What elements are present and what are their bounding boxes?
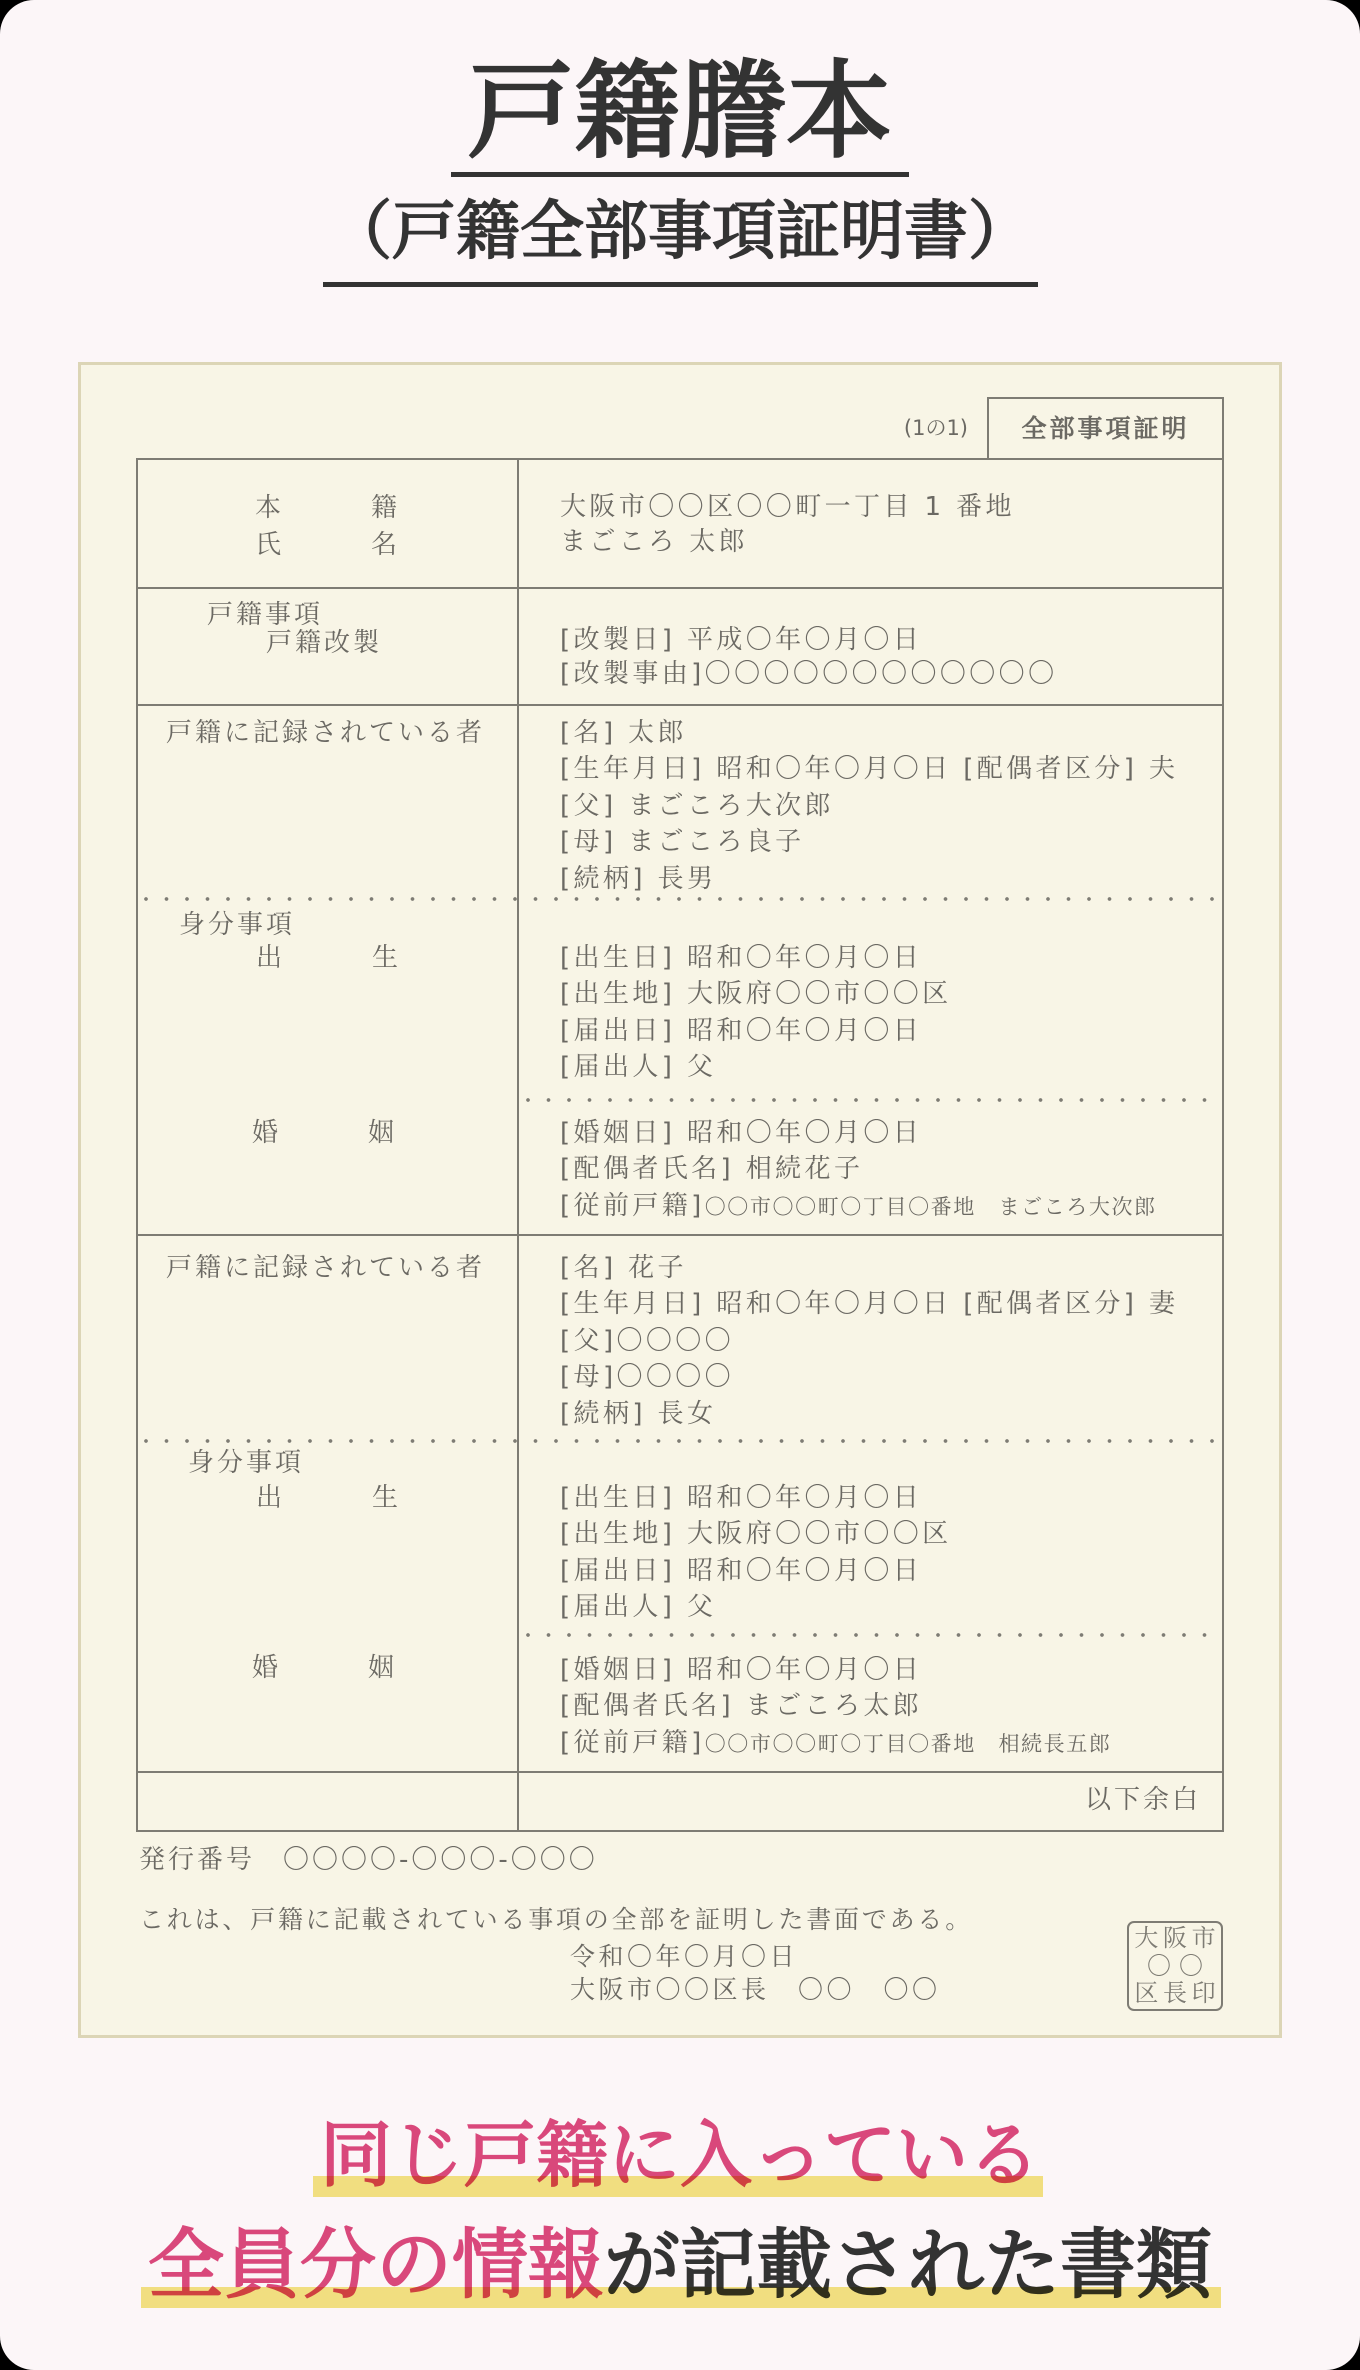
row-divider	[136, 587, 1224, 589]
person-given-name: [名] 花子	[560, 1250, 1178, 1287]
subtitle-underline	[323, 282, 1038, 287]
seal-char: 〇	[1179, 1953, 1203, 1980]
label-registered-person: 戸籍に記録されている者	[166, 1250, 485, 1286]
page-subtitle: （戸籍全部事項証明書）	[0, 197, 1360, 267]
certificate-type-box: 全部事項証明	[987, 397, 1224, 460]
person-mother: [母]〇〇〇〇	[560, 1359, 1178, 1396]
seal-char: 長	[1163, 1980, 1187, 2007]
dotted-divider	[144, 897, 1218, 901]
person-birthdate: [生年月日] 昭和〇年〇月〇日 [配偶者区分] 夫	[560, 751, 1178, 788]
highlight-marker	[141, 2287, 1221, 2308]
row-divider	[136, 1234, 1224, 1236]
row-divider	[136, 1771, 1224, 1773]
person-mother: [母] まごころ良子	[560, 824, 1178, 861]
person-relationship: [続柄] 長男	[560, 861, 1178, 898]
dotted-divider	[144, 1439, 1218, 1443]
person-details: [名] 太郎 [生年月日] 昭和〇年〇月〇日 [配偶者区分] 夫 [父] まごこ…	[560, 715, 1178, 898]
marriage-date: [婚姻日] 昭和〇年〇月〇日	[560, 1652, 1112, 1689]
seal-char: 印	[1192, 1980, 1216, 2007]
revision-date: [改製日] 平成〇年〇月〇日	[560, 623, 1058, 657]
notification-date: [届出日] 昭和〇年〇月〇日	[560, 1553, 952, 1590]
issue-number: 発行番号〇〇〇〇-〇〇〇-〇〇〇	[139, 1842, 598, 1878]
seal-char: 区	[1134, 1980, 1158, 2007]
dotted-divider	[526, 1098, 1220, 1102]
previous-register: [従前戸籍]〇〇市〇〇町〇丁目〇番地 相続長五郎	[560, 1725, 1112, 1763]
previous-register-label: [従前戸籍]	[560, 1191, 705, 1221]
birth-date: [出生日] 昭和〇年〇月〇日	[560, 1480, 952, 1517]
label-marriage: 婚姻	[252, 1650, 484, 1686]
notification-date: [届出日] 昭和〇年〇月〇日	[560, 1013, 952, 1050]
label-registered-person: 戸籍に記録されている者	[166, 715, 485, 751]
revision-reason: [改製事由]〇〇〇〇〇〇〇〇〇〇〇〇	[560, 657, 1058, 691]
notifier: [届出人] 父	[560, 1589, 952, 1626]
previous-register-value: 〇〇市〇〇町〇丁目〇番地 まごころ大次郎	[705, 1195, 1157, 1219]
page-title: 戸籍謄本	[0, 56, 1360, 168]
row-divider	[136, 704, 1224, 706]
spouse-name: [配偶者氏名] まごころ太郎	[560, 1688, 1112, 1725]
issue-number-value: 〇〇〇〇-〇〇〇-〇〇〇	[283, 1845, 598, 1875]
birth-details: [出生日] 昭和〇年〇月〇日 [出生地] 大阪府〇〇市〇〇区 [届出日] 昭和〇…	[560, 1480, 952, 1626]
domicile-address: 大阪市〇〇区〇〇町一丁目 1 番地	[560, 490, 1015, 525]
seal-row: 〇 〇	[1132, 1953, 1218, 1980]
column-divider	[517, 458, 519, 1832]
official-seal-icon: 大 阪 市 〇 〇 区 長 印	[1127, 1921, 1223, 2011]
previous-register-value: 〇〇市〇〇町〇丁目〇番地 相続長五郎	[705, 1732, 1112, 1756]
marriage-date: [婚姻日] 昭和〇年〇月〇日	[560, 1115, 1157, 1152]
label-status-matters: 身分事項	[179, 907, 295, 943]
birth-date: [出生日] 昭和〇年〇月〇日	[560, 940, 952, 977]
seal-row: 大 阪 市	[1132, 1925, 1218, 1952]
dotted-divider	[526, 1633, 1220, 1637]
spouse-name: [配偶者氏名] 相続花子	[560, 1151, 1157, 1188]
label-status-matters: 身分事項	[188, 1445, 304, 1481]
seal-char: 〇	[1147, 1953, 1171, 1980]
birth-place: [出生地] 大阪府〇〇市〇〇区	[560, 1516, 952, 1553]
previous-register: [従前戸籍]〇〇市〇〇町〇丁目〇番地 まごころ大次郎	[560, 1188, 1157, 1226]
seal-char: 市	[1192, 1925, 1216, 1952]
person-given-name: [名] 太郎	[560, 715, 1178, 752]
notifier: [届出人] 父	[560, 1049, 952, 1086]
domicile-values: 大阪市〇〇区〇〇町一丁目 1 番地 まごころ 太郎	[560, 490, 1015, 560]
birth-details: [出生日] 昭和〇年〇月〇日 [出生地] 大阪府〇〇市〇〇区 [届出日] 昭和〇…	[560, 940, 952, 1086]
certification-text: これは、戸籍に記載されている事項の全部を証明した書面である。	[139, 1902, 973, 1938]
register-revision-values: [改製日] 平成〇年〇月〇日 [改製事由]〇〇〇〇〇〇〇〇〇〇〇〇	[560, 623, 1058, 691]
birth-place: [出生地] 大阪府〇〇市〇〇区	[560, 976, 952, 1013]
label-name: 氏名	[255, 527, 487, 563]
seal-row: 区 長 印	[1132, 1980, 1218, 2007]
person-father: [父] まごころ大次郎	[560, 788, 1178, 825]
infographic-page: 戸籍謄本 （戸籍全部事項証明書） (1の1) 全部事項証明 本籍 氏名 大阪市〇…	[0, 0, 1360, 2370]
previous-register-label: [従前戸籍]	[560, 1728, 705, 1758]
marriage-details: [婚姻日] 昭和〇年〇月〇日 [配偶者氏名] まごころ太郎 [従前戸籍]〇〇市〇…	[560, 1652, 1112, 1763]
person-details: [名] 花子 [生年月日] 昭和〇年〇月〇日 [配偶者区分] 妻 [父]〇〇〇〇…	[560, 1250, 1178, 1433]
issue-number-label: 発行番号	[139, 1845, 255, 1875]
person-father: [父]〇〇〇〇	[560, 1323, 1178, 1360]
family-register-document: (1の1) 全部事項証明 本籍 氏名 大阪市〇〇区〇〇町一丁目 1 番地 まごこ…	[78, 362, 1282, 2038]
issue-date: 令和〇年〇月〇日	[570, 1939, 798, 1975]
label-birth: 出生	[256, 940, 488, 976]
label-domicile: 本籍	[255, 490, 487, 526]
person-relationship: [続柄] 長女	[560, 1396, 1178, 1433]
marriage-details: [婚姻日] 昭和〇年〇月〇日 [配偶者氏名] 相続花子 [従前戸籍]〇〇市〇〇町…	[560, 1115, 1157, 1226]
person-birthdate: [生年月日] 昭和〇年〇月〇日 [配偶者区分] 妻	[560, 1286, 1178, 1323]
issuer-name: 大阪市〇〇区長 〇〇 〇〇	[570, 1972, 941, 2008]
label-register-revision: 戸籍改製	[266, 625, 382, 661]
highlight-marker	[313, 2176, 1043, 2197]
end-note: 以下余白	[1085, 1782, 1201, 1818]
label-birth: 出生	[256, 1480, 488, 1516]
register-table: 本籍 氏名 大阪市〇〇区〇〇町一丁目 1 番地 まごころ 太郎 戸籍事項 戸籍改…	[136, 458, 1224, 1832]
page-indicator: (1の1)	[851, 413, 968, 443]
seal-char: 大	[1134, 1925, 1158, 1952]
label-marriage: 婚姻	[252, 1115, 484, 1151]
seal-char: 阪	[1163, 1925, 1187, 1952]
head-of-household-name: まごころ 太郎	[560, 525, 1015, 560]
title-underline	[451, 172, 909, 177]
